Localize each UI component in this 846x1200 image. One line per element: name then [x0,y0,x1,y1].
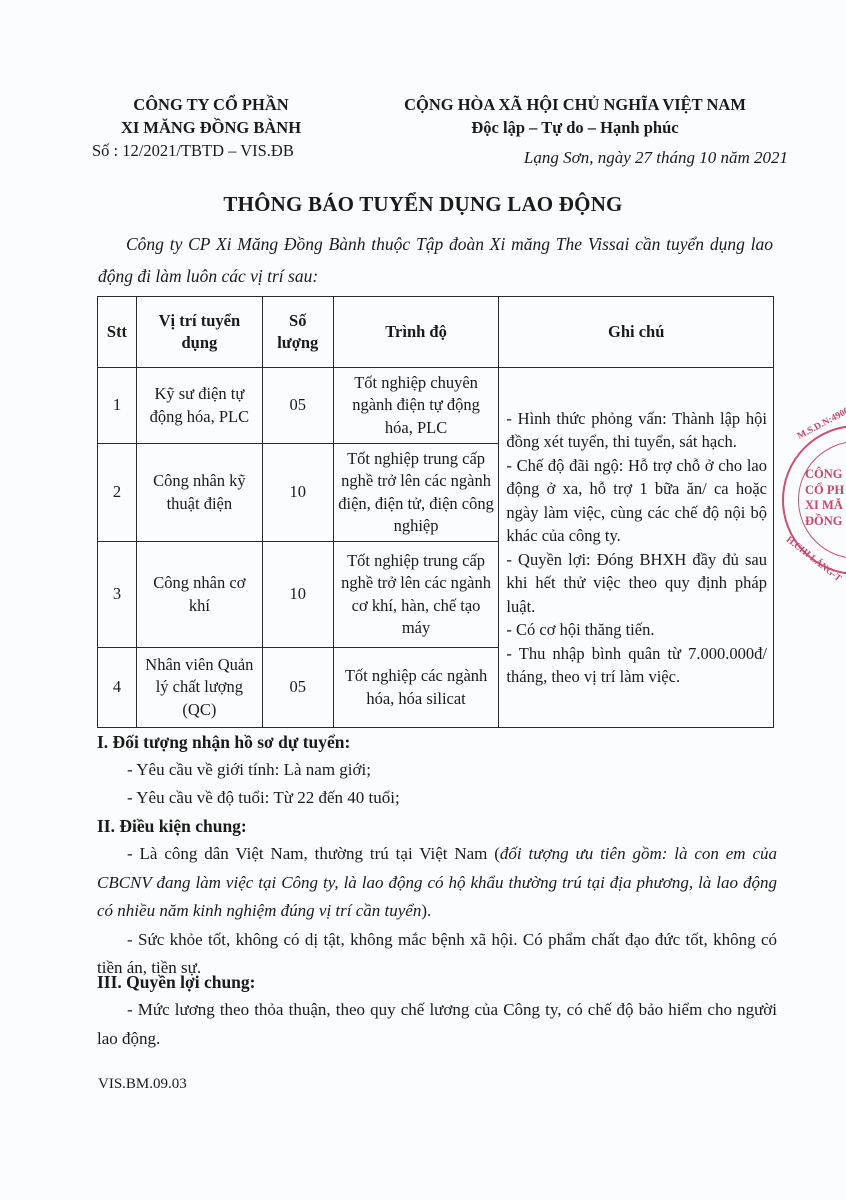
cell-quantity: 05 [262,368,333,444]
section-applicants: I. Đối tượng nhận hồ sơ dự tuyển: - Yêu … [97,728,777,812]
recruitment-table: Stt Vị trí tuyển dụng Số lượng Trình độ … [97,296,774,728]
cell-position: Nhân viên Quản lý chất lượng (QC) [136,648,262,728]
cell-stt: 4 [98,648,137,728]
note-item: - Có cơ hội thăng tiến. [506,618,767,642]
document-page: CÔNG TY CỔ PHẦN XI MĂNG ĐỒNG BÀNH Số : 1… [0,0,846,1200]
cell-position: Kỹ sư điện tự động hóa, PLC [136,368,262,444]
section-heading: III. Quyền lợi chung: [97,968,777,996]
col-header-stt: Stt [98,297,137,368]
section-heading: I. Đối tượng nhận hồ sơ dự tuyển: [97,728,777,756]
cell-quantity: 10 [262,444,333,542]
cell-qualification: Tốt nghiệp chuyên ngành điện tự động hóa… [333,368,499,444]
benefit-paragraph: - Mức lương theo thỏa thuận, theo quy ch… [97,996,777,1053]
note-item: - Hình thức phỏng vấn: Thành lập hội đồn… [506,407,767,454]
cell-qualification: Tốt nghiệp trung cấp nghề trở lên các ng… [333,542,499,648]
stamp-line: XI MĂ [805,498,846,514]
section-heading: II. Điều kiện chung: [97,812,777,840]
cell-stt: 3 [98,542,137,648]
company-name-line2: XI MĂNG ĐỒNG BÀNH [92,116,330,139]
issuer-block: CÔNG TY CỔ PHẦN XI MĂNG ĐỒNG BÀNH Số : 1… [92,93,330,162]
cell-qualification: Tốt nghiệp các ngành hóa, hóa silicat [333,648,499,728]
intro-paragraph: Công ty CP Xi Măng Đồng Bành thuộc Tập đ… [98,228,773,292]
section-general-conditions: II. Điều kiện chung: - Là công dân Việt … [97,812,777,983]
col-header-qualification: Trình độ [333,297,499,368]
stamp-line: ĐỒNG B [805,514,846,530]
note-item: - Thu nhập bình quân từ 7.000.000đ/ thán… [506,642,767,689]
cell-quantity: 10 [262,542,333,648]
cell-qualification: Tốt nghiệp trung cấp nghề trở lên các ng… [333,444,499,542]
condition-end: ). [421,901,431,920]
table-header-row: Stt Vị trí tuyển dụng Số lượng Trình độ … [98,297,774,368]
stamp-arc-top: M.S.D.N:490022 [796,402,846,442]
cell-position: Công nhân cơ khí [136,542,262,648]
col-header-quantity: Số lượng [262,297,333,368]
national-title: CỘNG HÒA XÃ HỘI CHỦ NGHĨA VIỆT NAM [370,93,780,116]
condition-paragraph: - Là công dân Việt Nam, thường trú tại V… [97,840,777,926]
note-item: - Chế độ đãi ngộ: Hỗ trợ chỗ ở cho lao đ… [506,454,767,548]
note-item: - Quyền lợi: Đóng BHXH đầy đủ sau khi hế… [506,548,767,619]
condition-text: - Là công dân Việt Nam, thường trú tại V… [127,844,500,863]
table-row: 1 Kỹ sư điện tự động hóa, PLC 05 Tốt ngh… [98,368,774,444]
company-seal-stamp: M.S.D.N:490022 H.CHI LĂNG-T CÔNG CỔ PH X… [782,425,846,575]
stamp-center-text: CÔNG CỔ PH XI MĂ ĐỒNG B [805,467,846,529]
document-title: THÔNG BÁO TUYỂN DỤNG LAO ĐỘNG [0,192,846,217]
cell-stt: 1 [98,368,137,444]
document-number: Số : 12/2021/TBTD – VIS.ĐB [92,139,330,162]
stamp-line: CỔ PH [805,483,846,499]
requirement-item: - Yêu cầu về giới tính: Là nam giới; [97,756,777,784]
cell-stt: 2 [98,444,137,542]
form-code: VIS.BM.09.03 [98,1076,187,1093]
cell-quantity: 05 [262,648,333,728]
place-date: Lạng Sơn, ngày 27 tháng 10 năm 2021 [440,148,788,168]
requirement-item: - Yêu cầu về độ tuổi: Từ 22 đến 40 tuổi; [97,784,777,812]
col-header-position: Vị trí tuyển dụng [136,297,262,368]
national-header: CỘNG HÒA XÃ HỘI CHỦ NGHĨA VIỆT NAM Độc l… [370,93,780,139]
company-name-line1: CÔNG TY CỔ PHẦN [92,93,330,116]
col-header-notes: Ghi chú [499,297,774,368]
national-motto: Độc lập – Tự do – Hạnh phúc [370,116,780,139]
cell-notes: - Hình thức phỏng vấn: Thành lập hội đồn… [499,368,774,728]
section-benefits: III. Quyền lợi chung: - Mức lương theo t… [97,968,777,1053]
stamp-line: CÔNG [805,467,846,483]
cell-position: Công nhân kỹ thuật điện [136,444,262,542]
